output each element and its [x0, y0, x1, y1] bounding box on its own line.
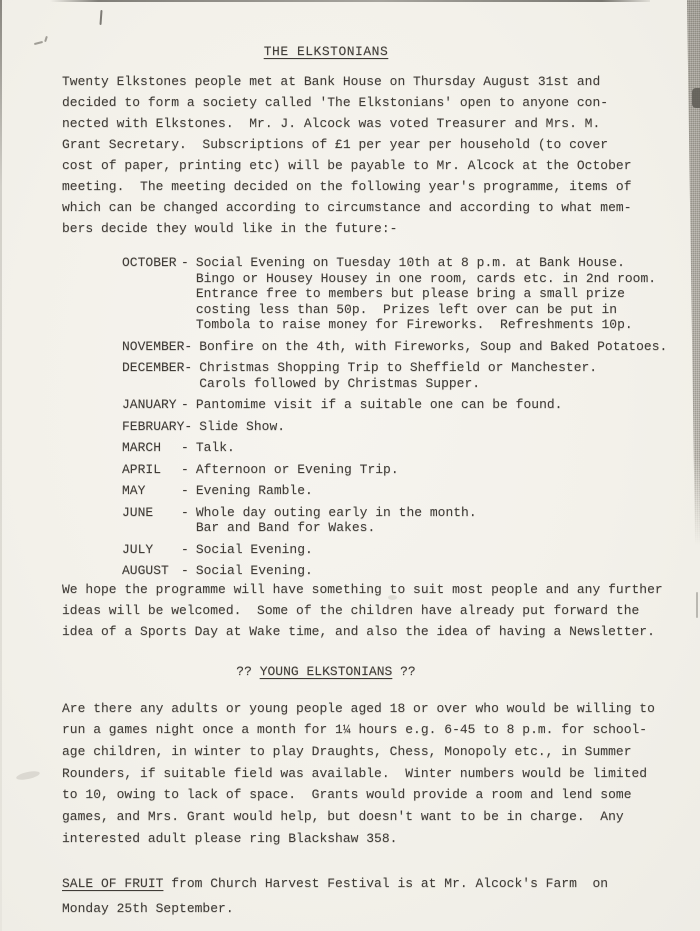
document-title-text: THE ELKSTONIANS: [264, 44, 389, 59]
heading-prefix: ??: [236, 664, 259, 679]
programme-item: APRIL - Afternoon or Evening Trip.: [122, 462, 676, 478]
programme-separator: -: [181, 563, 189, 579]
programme-description: Social Evening.: [196, 542, 313, 558]
programme-separator: -: [181, 462, 189, 478]
young-elkstonians-heading: ?? YOUNG ELKSTONIANS ??: [62, 664, 676, 679]
programme-description: Slide Show.: [199, 419, 285, 435]
hope-paragraph: We hope the programme will have somethin…: [62, 579, 676, 642]
programme-separator: -: [181, 255, 189, 333]
programme-month: OCTOBER: [122, 255, 181, 333]
programme-description: Talk.: [196, 440, 235, 456]
programme-separator: -: [184, 339, 192, 355]
sale-of-fruit-section: SALE OF FRUIT from Church Harvest Festiv…: [62, 871, 676, 921]
heading-suffix: ??: [392, 664, 415, 679]
programme-list: OCTOBER - Social Evening on Tuesday 10th…: [122, 255, 676, 579]
programme-month: DECEMBER: [122, 360, 184, 391]
programme-month: JANUARY: [122, 397, 181, 413]
programme-separator: -: [181, 397, 189, 413]
programme-month: MAY: [122, 483, 181, 499]
programme-description: Christmas Shopping Trip to Sheffield or …: [199, 360, 597, 391]
sale-line1-rest: from Church Harvest Festival is at Mr. A…: [163, 876, 608, 891]
programme-item: JANUARY - Pantomime visit if a suitable …: [122, 397, 676, 413]
programme-description: Whole day outing early in the month. Bar…: [196, 505, 477, 536]
programme-description: Bonfire on the 4th, with Fireworks, Soup…: [199, 339, 667, 355]
programme-item: DECEMBER - Christmas Shopping Trip to Sh…: [122, 360, 676, 391]
programme-description: Social Evening.: [196, 563, 313, 579]
programme-month: MARCH: [122, 440, 181, 456]
document-title: THE ELKSTONIANS: [62, 44, 676, 59]
programme-month: AUGUST: [122, 563, 181, 579]
programme-month: FEBRUARY: [122, 419, 184, 435]
programme-description: Afternoon or Evening Trip.: [196, 462, 399, 478]
programme-item: MARCH - Talk.: [122, 440, 676, 456]
programme-item: NOVEMBER - Bonfire on the 4th, with Fire…: [122, 339, 676, 355]
scanned-document-page: THE ELKSTONIANS Twenty Elkstones people …: [0, 0, 700, 931]
programme-separator: -: [181, 440, 189, 456]
programme-month: JULY: [122, 542, 181, 558]
sale-heading: SALE OF FRUIT: [62, 876, 163, 891]
programme-month: APRIL: [122, 462, 181, 478]
programme-month: JUNE: [122, 505, 181, 536]
programme-item: FEBRUARY - Slide Show.: [122, 419, 676, 435]
programme-item: JUNE - Whole day outing early in the mon…: [122, 505, 676, 536]
sale-line2: Monday 25th September.: [62, 901, 234, 916]
programme-separator: -: [181, 505, 189, 536]
programme-separator: -: [181, 542, 189, 558]
programme-item: MAY - Evening Ramble.: [122, 483, 676, 499]
programme-item: AUGUST - Social Evening.: [122, 563, 676, 579]
programme-description: Evening Ramble.: [196, 483, 313, 499]
programme-description: Pantomime visit if a suitable one can be…: [196, 397, 563, 413]
programme-description: Social Evening on Tuesday 10th at 8 p.m.…: [196, 255, 656, 333]
programme-item: OCTOBER - Social Evening on Tuesday 10th…: [122, 255, 676, 333]
programme-month: NOVEMBER: [122, 339, 184, 355]
programme-separator: -: [181, 483, 189, 499]
programme-separator: -: [184, 419, 192, 435]
document-content: THE ELKSTONIANS Twenty Elkstones people …: [0, 0, 700, 931]
intro-paragraph: Twenty Elkstones people met at Bank Hous…: [62, 71, 676, 239]
heading-main-text: YOUNG ELKSTONIANS: [260, 664, 393, 679]
programme-item: JULY - Social Evening.: [122, 542, 676, 558]
programme-separator: -: [184, 360, 192, 391]
young-paragraph: Are there any adults or young people age…: [62, 698, 676, 850]
